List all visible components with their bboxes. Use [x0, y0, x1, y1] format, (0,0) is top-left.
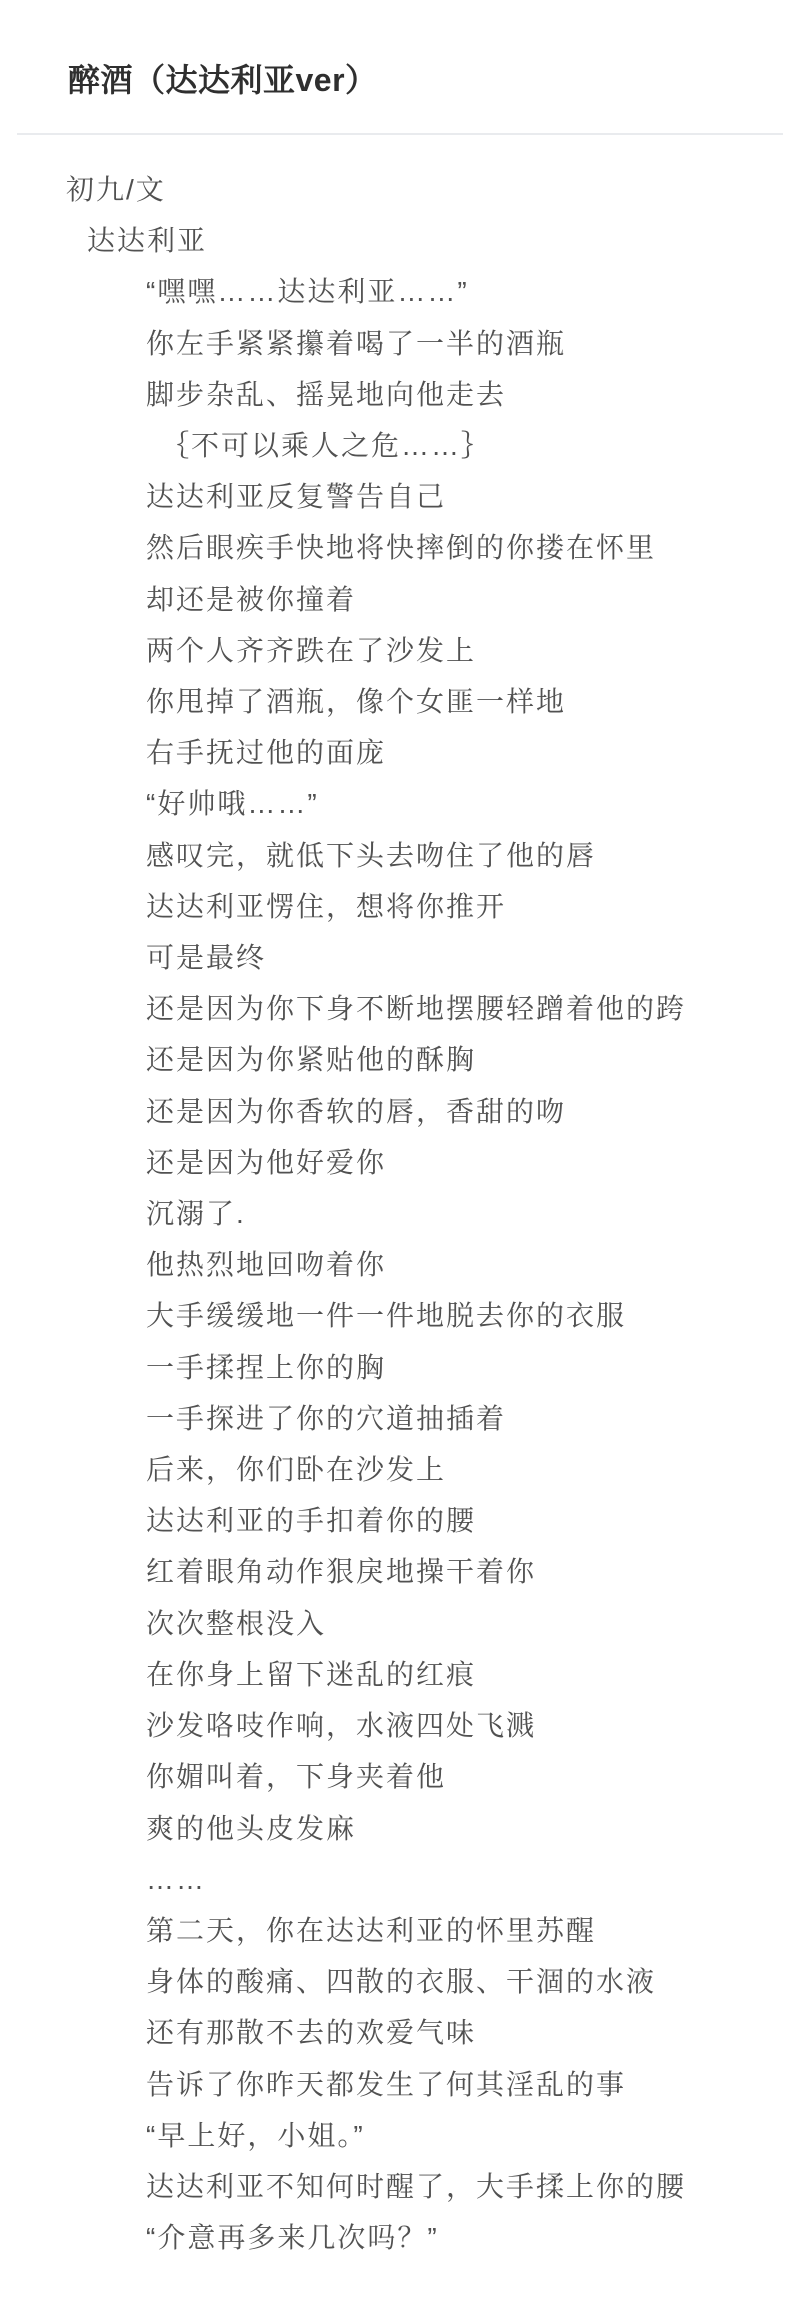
- story-line: 后来，你们卧在沙发上: [0, 1444, 800, 1495]
- story-line: 一手揉捏上你的胸: [0, 1342, 800, 1393]
- story-line: 大手缓缓地一件一件地脱去你的衣服: [0, 1290, 800, 1341]
- story-line: 可是最终: [0, 932, 800, 983]
- story-line: 沙发咯吱作响，水液四处飞溅: [0, 1700, 800, 1751]
- story-line: 右手抚过他的面庞: [0, 727, 800, 778]
- story-line: 两个人齐齐跌在了沙发上: [0, 625, 800, 676]
- story-line: 还是因为你香软的唇，香甜的吻: [0, 1086, 800, 1137]
- story-line: 达达利亚愣住，想将你推开: [0, 881, 800, 932]
- story-line: “早上好，小姐。”: [0, 2110, 800, 2161]
- story-line: “好帅哦……”: [0, 778, 800, 829]
- title-divider: [17, 133, 783, 135]
- story-line: 你媚叫着，下身夹着他: [0, 1751, 800, 1802]
- story-line: 感叹完，就低下头去吻住了他的唇: [0, 830, 800, 881]
- story-line: 红着眼角动作狠戾地操干着你: [0, 1546, 800, 1597]
- story-line: “嘿嘿……达达利亚……”: [0, 266, 800, 317]
- story-line: 然后眼疾手快地将快摔倒的你搂在怀里: [0, 522, 800, 573]
- story-line: ……: [0, 1854, 800, 1905]
- story-line: ｛不可以乘人之危……｝: [0, 420, 800, 471]
- page-title: 醉酒（达达利亚ver）: [0, 0, 800, 103]
- story-line: 还是因为你紧贴他的酥胸: [0, 1034, 800, 1085]
- story-line: 初九/文: [0, 164, 800, 215]
- story-line: 还是因为他好爱你: [0, 1137, 800, 1188]
- story-line: 在你身上留下迷乱的红痕: [0, 1649, 800, 1700]
- story-line: 脚步杂乱、摇晃地向他走去: [0, 369, 800, 420]
- story-line: 还有那散不去的欢爱气味: [0, 2007, 800, 2058]
- story-line: 身体的酸痛、四散的衣服、干涸的水液: [0, 1956, 800, 2007]
- story-line: 次次整根没入: [0, 1598, 800, 1649]
- story-body: 初九/文达达利亚“嘿嘿……达达利亚……”你左手紧紧攥着喝了一半的酒瓶脚步杂乱、摇…: [0, 164, 800, 2263]
- story-line: 还是因为你下身不断地摆腰轻蹭着他的跨: [0, 983, 800, 1034]
- story-line: 第二天，你在达达利亚的怀里苏醒: [0, 1905, 800, 1956]
- story-line: 沉溺了.: [0, 1188, 800, 1239]
- story-line: 达达利亚不知何时醒了，大手揉上你的腰: [0, 2161, 800, 2212]
- story-line: 他热烈地回吻着你: [0, 1239, 800, 1290]
- story-line: “介意再多来几次吗？”: [0, 2212, 800, 2263]
- story-line: 你左手紧紧攥着喝了一半的酒瓶: [0, 318, 800, 369]
- story-line: 却还是被你撞着: [0, 574, 800, 625]
- story-line: 告诉了你昨天都发生了何其淫乱的事: [0, 2059, 800, 2110]
- story-line: 达达利亚的手扣着你的腰: [0, 1495, 800, 1546]
- story-page: 醉酒（达达利亚ver） 初九/文达达利亚“嘿嘿……达达利亚……”你左手紧紧攥着喝…: [0, 0, 800, 2313]
- story-line: 达达利亚: [0, 215, 800, 266]
- story-line: 爽的他头皮发麻: [0, 1803, 800, 1854]
- story-line: 你甩掉了酒瓶，像个女匪一样地: [0, 676, 800, 727]
- story-line: 达达利亚反复警告自己: [0, 471, 800, 522]
- story-line: 一手探进了你的穴道抽插着: [0, 1393, 800, 1444]
